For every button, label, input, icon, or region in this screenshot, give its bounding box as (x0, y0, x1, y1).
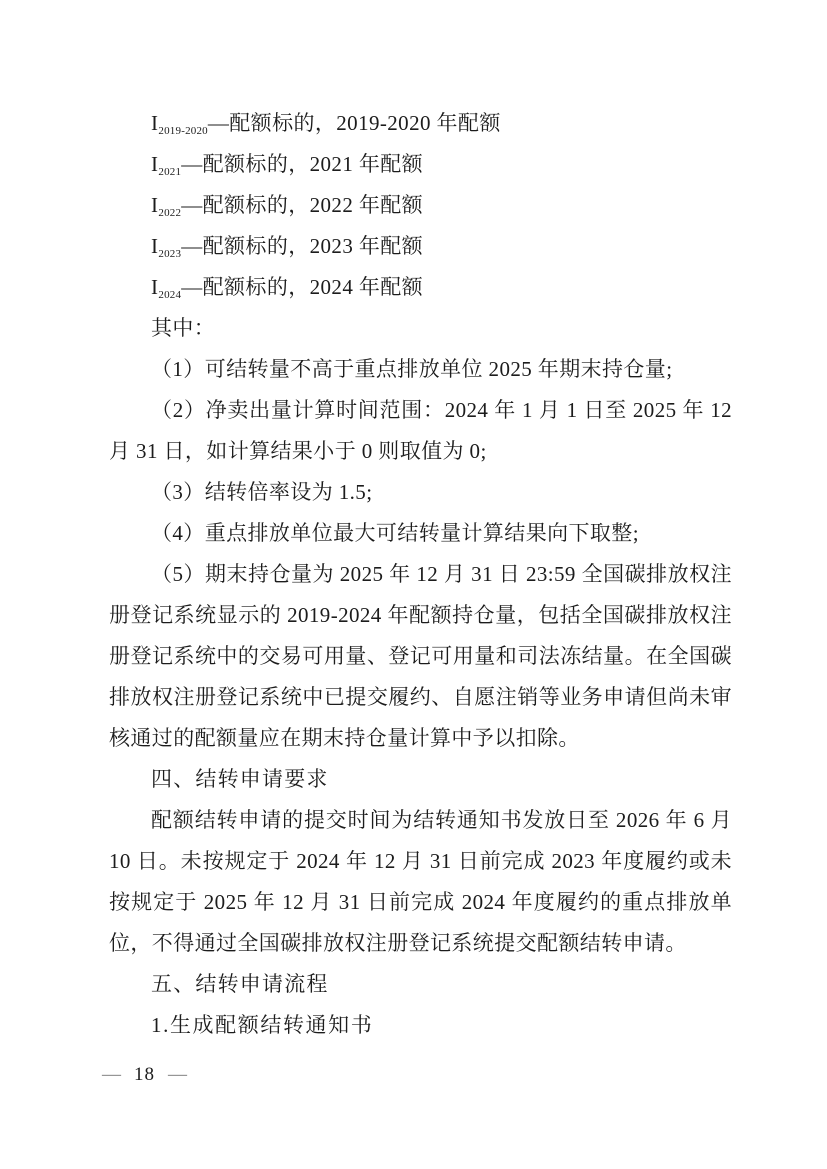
list-item-1: （1）可结转量不高于重点排放单位 2025 年期末持仓量; (109, 349, 732, 390)
definition-text: —配额标的，2022 年配额 (181, 193, 423, 217)
definition-line-2019-2020: I2019-2020—配额标的，2019-2020 年配额 (109, 103, 732, 144)
definition-text: —配额标的，2021 年配额 (181, 152, 423, 176)
definition-text: —配额标的，2023 年配额 (181, 234, 423, 258)
page-footer: — 18 — (102, 1062, 187, 1088)
quota-symbol-subscript: 2022 (158, 207, 181, 219)
quota-symbol-subscript: 2019-2020 (158, 125, 207, 137)
paragraph-among-which: 其中： (109, 308, 732, 349)
section-4-paragraph: 配额结转申请的提交时间为结转通知书发放日至 2026 年 6 月 10 日。未按… (109, 800, 732, 964)
definition-line-2022: I2022—配额标的，2022 年配额 (109, 185, 732, 226)
definition-line-2023: I2023—配额标的，2023 年配额 (109, 226, 732, 267)
definition-line-2021: I2021—配额标的，2021 年配额 (109, 144, 732, 185)
document-content: I2019-2020—配额标的，2019-2020 年配额 I2021—配额标的… (109, 103, 732, 1046)
list-item-3: （3）结转倍率设为 1.5; (109, 472, 732, 513)
quota-symbol-subscript: 2023 (158, 248, 181, 260)
definition-text: —配额标的，2019-2020 年配额 (208, 111, 501, 135)
document-page: I2019-2020—配额标的，2019-2020 年配额 I2021—配额标的… (0, 0, 827, 1169)
list-item-2: （2）净卖出量计算时间范围：2024 年 1 月 1 日至 2025 年 12 … (109, 390, 732, 472)
section-heading-5: 五、结转申请流程 (109, 964, 732, 1005)
list-item-4: （4）重点排放单位最大可结转量计算结果向下取整; (109, 513, 732, 554)
footer-dash-right: — (168, 1065, 187, 1086)
subsection-heading-1: 1.生成配额结转通知书 (109, 1005, 732, 1046)
section-heading-4: 四、结转申请要求 (109, 759, 732, 800)
list-item-5: （5）期末持仓量为 2025 年 12 月 31 日 23:59 全国碳排放权注… (109, 554, 732, 759)
definition-line-2024: I2024—配额标的，2024 年配额 (109, 267, 732, 308)
page-number: 18 (134, 1062, 155, 1088)
footer-dash-left: — (102, 1065, 121, 1086)
quota-symbol-subscript: 2024 (158, 289, 181, 301)
quota-symbol-subscript: 2021 (158, 166, 181, 178)
definition-text: —配额标的，2024 年配额 (181, 275, 423, 299)
